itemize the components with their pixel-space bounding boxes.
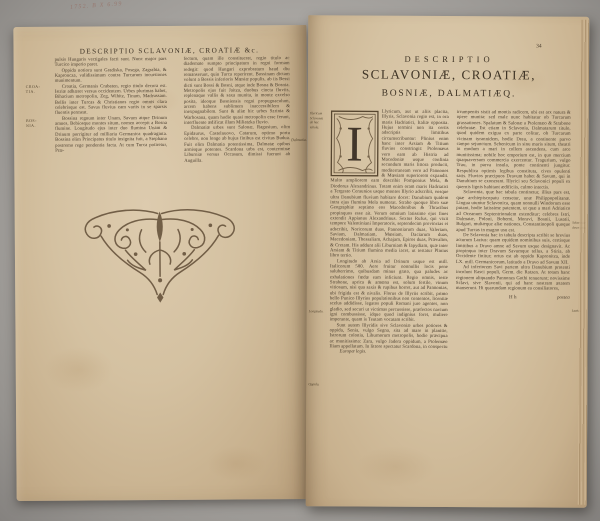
paragraph: Croatia, Germanis Crabaten, regio titulo… xyxy=(55,84,167,117)
paragraph: Bossina regnum inter Unam, Savum atque D… xyxy=(55,116,167,154)
photographed-book-spread: 1752. B X 6.99 DESCRIPTIO SCLAVONIÆ, CRO… xyxy=(0,0,600,521)
paper-stain xyxy=(206,445,266,481)
margin-note-oppida: Oppida. xyxy=(308,382,328,387)
left-page: DESCRIPTIO SCLAVONIÆ, CROATIÆ &c. CROA- … xyxy=(13,25,309,501)
catchword: postea xyxy=(557,295,570,300)
right-page-column-2: irrumpentis sistit ad montis radicem, ub… xyxy=(456,110,571,301)
chapter-title-line2: SCLAVONIÆ, CROATIÆ, xyxy=(312,66,586,83)
paragraph: irrumpentis sistit ad montis radicem, ub… xyxy=(456,110,570,191)
svg-text:I: I xyxy=(346,115,363,171)
catch-line: Europæ legis. xyxy=(330,350,448,356)
margin-note-longitudo: Longitudo. xyxy=(309,309,329,314)
margin-note-croatia: CROA- TIA. xyxy=(26,85,41,94)
paragraph: Sclavonia, quæ hac tabula continetur, il… xyxy=(456,190,570,233)
paper-stain xyxy=(356,446,436,488)
paragraph: pulsis Hungaris vectigales facti sunt. N… xyxy=(55,57,167,68)
chapter-title-line1: DESCRIPTIO xyxy=(322,53,576,64)
paragraph: Oppida notiora sunt Gradiska, Posega, Za… xyxy=(55,68,167,85)
signature-row: H h postea xyxy=(456,295,570,302)
margin-note-bosnia: BOS- NIA. xyxy=(26,119,37,128)
woodcut-initial-I-icon: I xyxy=(330,110,378,176)
page-number: 34 xyxy=(536,43,542,49)
paragraph: Dalmatiæ urbes sunt Salonæ, Ragusium, ol… xyxy=(184,126,290,164)
paragraph: Ad inferiorem Savi partem ultra Danubium… xyxy=(456,265,570,292)
gathering-signature: H h xyxy=(509,295,517,300)
running-header: DESCRIPTIO SCLAVONIÆ, CROATIÆ &c. xyxy=(41,46,297,56)
paragraph: fectum, quam ille constituerat, regio ti… xyxy=(184,56,290,126)
right-page-column-1: I Llyricum, aut ut aliis placita, Illyri… xyxy=(330,109,449,355)
margin-note-dalmatia: Dalmatia. xyxy=(291,138,307,143)
tailpiece-ornament-icon xyxy=(79,204,242,307)
left-page-column-1: pulsis Hungaris vectigales facti sunt. N… xyxy=(55,57,168,154)
right-page: 34 DESCRIPTIO SCLAVONIÆ, CROATIÆ, BOSNIÆ… xyxy=(306,15,590,507)
chapter-title-line3: BOSNIÆ, DALMATIÆQ. xyxy=(322,88,576,99)
paragraph: De Sclavonia hac in tabula descripta scr… xyxy=(456,233,570,266)
left-page-column-2: fectum, quam ille constituerat, regio ti… xyxy=(184,56,291,164)
paper-stain xyxy=(44,346,114,392)
paragraph: Longitudo ab Arsia ad Drinum usque est m… xyxy=(330,259,448,324)
paragraph: Sunt autem Illyridis sive Sclavoniæ urbe… xyxy=(330,323,448,350)
fore-edge-page-stack xyxy=(578,20,590,505)
handwritten-shelfmark: 1752. B X 6.99 xyxy=(70,1,123,11)
margin-note-illyricum: Illyricum Sclavonia ab hac tabula. xyxy=(310,111,330,129)
